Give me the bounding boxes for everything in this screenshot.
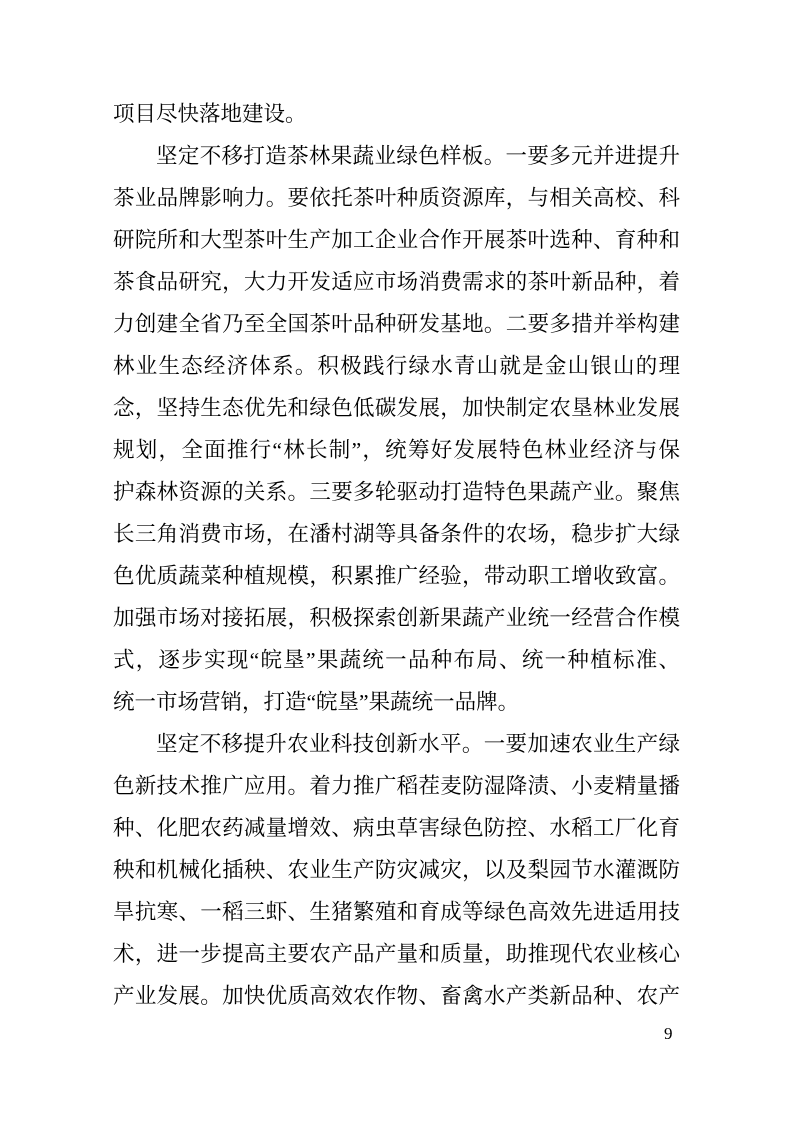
text-line: 术，进一步提高主要农产品产量和质量，助推现代农业核心 xyxy=(113,933,680,975)
text-line: 色新技术推广应用。着力推广稻茬麦防湿降渍、小麦精量播 xyxy=(113,765,680,807)
text-line: 色优质蔬菜种植规模，积累推广经验，带动职工增收致富。 xyxy=(113,555,680,597)
text-line: 研院所和大型茶叶生产加工企业合作开展茶叶选种、育种和 xyxy=(113,219,680,261)
text-line: 产业发展。加快优质高效农作物、畜禽水产类新品种、农产 xyxy=(113,975,680,1017)
text-line: 规划，全面推行“林长制”，统筹好发展特色林业经济与保 xyxy=(113,429,680,471)
text-line: 加强市场对接拓展，积极探索创新果蔬产业统一经营合作模 xyxy=(113,597,680,639)
text-line: 项目尽快落地建设。 xyxy=(113,93,680,135)
text-line: 种、化肥农药减量增效、病虫草害绿色防控、水稻工厂化育 xyxy=(113,807,680,849)
text-line: 茶业品牌影响力。要依托茶叶种质资源库，与相关高校、科 xyxy=(113,177,680,219)
text-line: 长三角消费市场，在潘村湖等具备条件的农场，稳步扩大绿 xyxy=(113,513,680,555)
text-line: 式，逐步实现“皖垦”果蔬统一品种布局、统一种植标准、 xyxy=(113,639,680,681)
document-page: 项目尽快落地建设。坚定不移打造茶林果蔬业绿色样板。一要多元并进提升茶业品牌影响力… xyxy=(0,0,794,1122)
text-line: 护森林资源的关系。三要多轮驱动打造特色果蔬产业。聚焦 xyxy=(113,471,680,513)
text-line: 茶食品研究，大力开发适应市场消费需求的茶叶新品种，着 xyxy=(113,261,680,303)
text-line: 力创建全省乃至全国茶叶品种研发基地。二要多措并举构建 xyxy=(113,303,680,345)
text-line: 林业生态经济体系。积极践行绿水青山就是金山银山的理 xyxy=(113,345,680,387)
page-number: 9 xyxy=(664,1024,673,1044)
text-line: 秧和机械化插秧、农业生产防灾减灾，以及梨园节水灌溉防 xyxy=(113,849,680,891)
text-line: 旱抗寒、一稻三虾、生猪繁殖和育成等绿色高效先进适用技 xyxy=(113,891,680,933)
document-body: 项目尽快落地建设。坚定不移打造茶林果蔬业绿色样板。一要多元并进提升茶业品牌影响力… xyxy=(113,93,680,1017)
text-line: 统一市场营销，打造“皖垦”果蔬统一品牌。 xyxy=(113,681,680,723)
text-line: 念，坚持生态优先和绿色低碳发展，加快制定农垦林业发展 xyxy=(113,387,680,429)
text-line: 坚定不移打造茶林果蔬业绿色样板。一要多元并进提升 xyxy=(113,135,680,177)
text-line: 坚定不移提升农业科技创新水平。一要加速农业生产绿 xyxy=(113,723,680,765)
